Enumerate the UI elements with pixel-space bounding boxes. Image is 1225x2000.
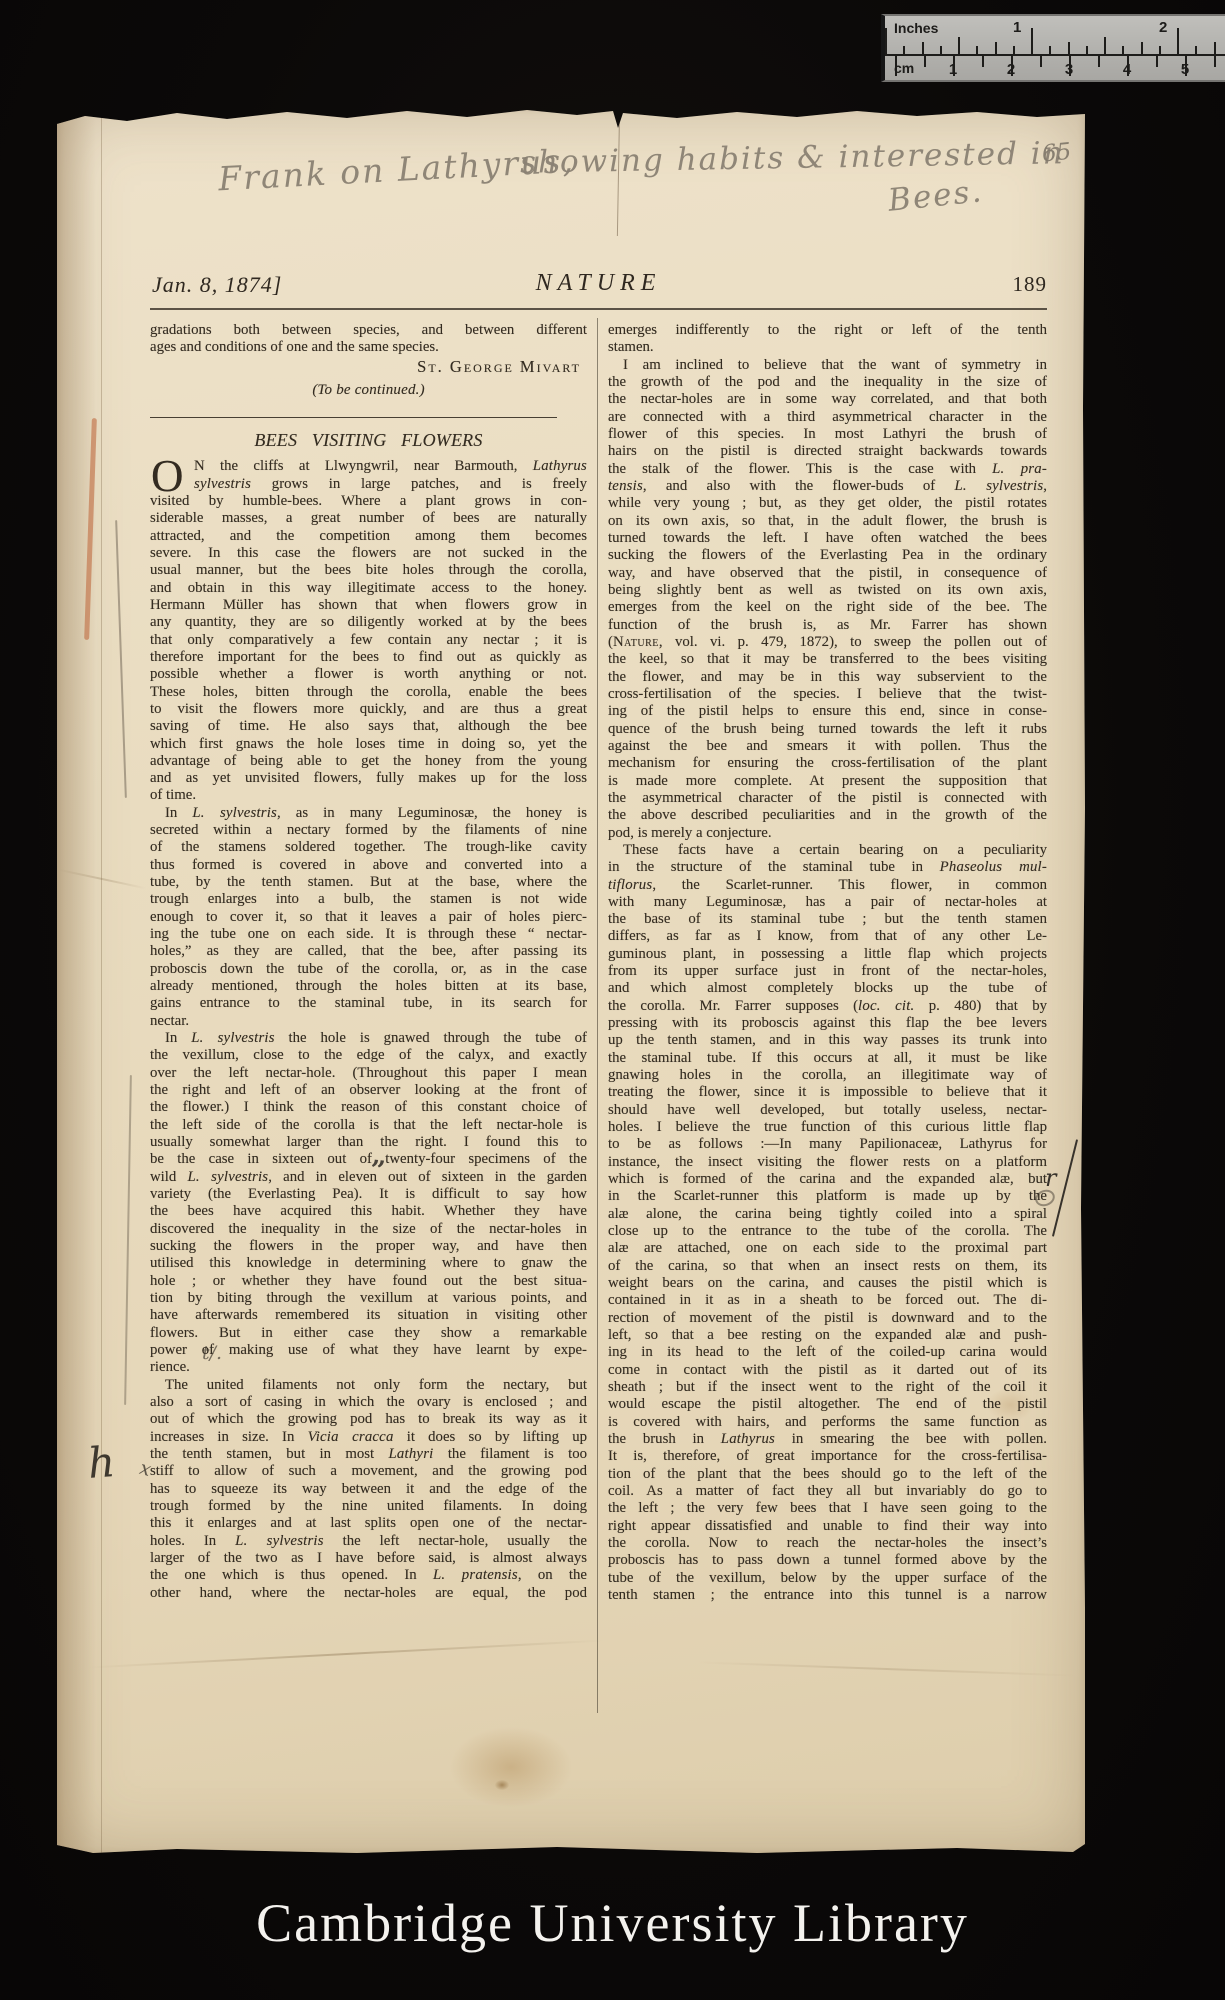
text-line: usual manner, but the bees bite holes th… [150, 562, 587, 579]
text-line: wild L. sylvestris, and in eleven out of… [150, 1169, 587, 1186]
text-line: proboscis down the tube of the corolla, … [150, 961, 587, 978]
text-line: out of which the growing pod has to brea… [150, 1411, 587, 1428]
article-separator-rule [150, 417, 557, 419]
text-line: the brush in Lathyrus in smearing the be… [608, 1431, 1047, 1448]
inch-tick [995, 42, 997, 54]
text-line: sheath ; but if the insect went to the r… [608, 1379, 1047, 1396]
text-line: trough enlarges into a bulb, the stamen … [150, 891, 587, 908]
text-line: I am inclined to believe that the want o… [608, 357, 1047, 374]
text-line: therefore important for the bees to find… [150, 649, 587, 666]
text-line: the nectar-holes are in some way correla… [608, 391, 1047, 408]
inch-tick [1214, 42, 1216, 54]
text-line: gradations both between species, and bet… [150, 322, 587, 339]
text-line: being slightly bent as well as twisted o… [608, 582, 1047, 599]
text-line: In L. sylvestris, as in many Leguminosæ,… [150, 805, 587, 822]
paragraph: In L. sylvestris the hole is gnawed thro… [150, 1030, 587, 1377]
text-line: holes. I believe the true function of th… [608, 1119, 1047, 1136]
text-line: guminous plant, in possessing a little f… [608, 946, 1047, 963]
text-line: on its own axis, so that, in the adult f… [608, 513, 1047, 530]
ruler-divider-line [885, 54, 1225, 56]
inch-tick [976, 46, 978, 54]
text-line: with many Leguminosæ, has a pair of nect… [608, 894, 1047, 911]
scanned-page: Frank on Lathyrus, showing habits & inte… [57, 108, 1085, 1854]
text-line: pressing with its proboscis against this… [608, 1015, 1047, 1032]
column-divider [597, 318, 598, 1713]
inch-tick [1177, 28, 1179, 54]
text-line: power of making use of what they have le… [150, 1342, 587, 1359]
text-line: alæ alone, the carina being tightly coil… [608, 1206, 1047, 1223]
text-line: that only comparatively a few contain an… [150, 632, 587, 649]
text-line: the flower.) I think the reason of this … [150, 1099, 587, 1116]
text-line: rection of movement of the pistil is dow… [608, 1310, 1047, 1327]
inch-number: 2 [1159, 19, 1167, 36]
text-line: tiflorus, the Scarlet-runner. This flowe… [608, 877, 1047, 894]
paragraph: emerges indifferently to the right or le… [608, 322, 1047, 357]
running-head: Jan. 8, 1874] NATURE 189 [150, 268, 1047, 302]
text-line: right appear dissatisfied and unable to … [608, 1518, 1047, 1535]
inch-tick [1031, 28, 1033, 54]
inch-tick [1141, 42, 1143, 54]
inch-tick [1159, 46, 1161, 54]
paragraph: I am inclined to believe that the want o… [608, 357, 1047, 842]
text-line: tensis, and also with the flower-buds of… [608, 478, 1047, 495]
text-line: In L. sylvestris the hole is gnawed thro… [150, 1030, 587, 1047]
text-line: secreted within a nectary formed by the … [150, 822, 587, 839]
paper-crease [697, 1661, 1077, 1676]
text-line: tube, by the tenth stamen. But at the ba… [150, 874, 587, 891]
text-line: holes. In L. sylvestris the left nectar-… [150, 1533, 587, 1550]
text-line: coil. As a matter of fact they all but i… [608, 1483, 1047, 1500]
text-line: in the Scarlet-runner this platform is m… [608, 1188, 1047, 1205]
text-line: the keel, so that it may be transferred … [608, 651, 1047, 668]
text-line: discovered the inequality in the size of… [150, 1221, 587, 1238]
text-line: is covered with hairs, and performs the … [608, 1414, 1047, 1431]
text-line: ing the tube one on each side. It is thr… [150, 926, 587, 943]
margin-letter-annotation: h [86, 1437, 116, 1488]
text-line: sucking the flowers of the Everlasting P… [608, 547, 1047, 564]
text-line: It is, therefore, of great importance fo… [608, 1448, 1047, 1465]
text-line: the tenth stamen, but in most Lathyri th… [150, 1446, 587, 1463]
text-line: would escape the pistil altogether. The … [608, 1396, 1047, 1413]
text-line: sylvestris grows in large patches, and i… [150, 476, 587, 493]
text-line: up the tenth stamen, and in this way pas… [608, 1032, 1047, 1049]
text-line: variety (the Everlasting Pea). It is dif… [150, 1186, 587, 1203]
ruler-cm-label: cm [894, 60, 914, 76]
text-line: attracted, and the competition among the… [150, 528, 587, 545]
text-line: cross-fertilisation of the species. I be… [608, 686, 1047, 703]
text-line: The united filaments not only form the n… [150, 1377, 587, 1394]
text-line: left, so that a bee resting on the expan… [608, 1327, 1047, 1344]
text-line: emerges indifferently to the right or le… [608, 322, 1047, 339]
cm-number: 2 [1007, 61, 1015, 78]
text-line: are connected with a third asymmetrical … [608, 409, 1047, 426]
pencil-margin-line [124, 1075, 132, 1405]
text-line: the left side of the corolla is that the… [150, 1117, 587, 1134]
text-line: the bees have acquired this habit. Wheth… [150, 1203, 587, 1220]
inch-tick [903, 46, 905, 54]
ruler-inches-label: Inches [894, 20, 938, 36]
drop-cap: O [151, 458, 184, 495]
cm-number: 1 [949, 61, 957, 78]
journal-title: NATURE [150, 270, 1047, 297]
text-line: siderable masses, a great number of bees… [150, 510, 587, 527]
text-line: and as yet unvisited flowers, fully make… [150, 770, 587, 787]
text-line: tion by biting through the vexillum at v… [150, 1290, 587, 1307]
text-line: (Nature, vol. vi. p. 479, 1872), to swee… [608, 634, 1047, 651]
text-line: the left ; the very few bees that I have… [608, 1500, 1047, 1517]
text-line: N the cliffs at Llwyngwril, near Barmout… [150, 458, 587, 475]
inch-tick [1086, 46, 1088, 54]
text-line: ages and conditions of one and the same … [150, 339, 587, 356]
text-column-right: emerges indifferently to the right or le… [608, 322, 1047, 1604]
text-line: instance, the insect visiting the flower… [608, 1154, 1047, 1171]
text-line: thus formed is covered in above and conv… [150, 857, 587, 874]
scan-background: { "scan": { "library_watermark": "Cambri… [0, 0, 1225, 2000]
text-line: emerges from the keel on the right side … [608, 599, 1047, 616]
text-line: be the case in sixteen out of twenty-fou… [150, 1151, 587, 1168]
text-line: These facts have a certain bearing on a … [608, 842, 1047, 859]
inch-tick [922, 42, 924, 54]
text-line: enough to cover it, so that it leaves a … [150, 909, 587, 926]
text-line: severe. In this case the flowers are not… [150, 545, 587, 562]
handwritten-note: Bees. [886, 173, 984, 219]
cm-tick [924, 56, 926, 67]
inch-tick [1195, 46, 1197, 54]
text-line: which is formed of the carina and the ex… [608, 1171, 1047, 1188]
cm-tick [982, 56, 984, 67]
text-line: mechanism for ensuring the cross-fertili… [608, 755, 1047, 772]
continued-note: (To be continued.) [150, 382, 587, 400]
text-line: the base of its staminal tube ; but the … [608, 911, 1047, 928]
text-line: weight bears on the carina, and causes t… [608, 1275, 1047, 1292]
text-line: any quantity, they are so diligently wor… [150, 614, 587, 631]
text-line: larger of the two as I have before said,… [150, 1550, 587, 1567]
text-line: the vexillum, close to the edge of the c… [150, 1047, 587, 1064]
text-line: is made more complete. At present the su… [608, 773, 1047, 790]
text-line: the one which is thus opened. In L. prat… [150, 1567, 587, 1584]
text-line: pod, is merely a conjecture. [608, 825, 1047, 842]
cm-tick [1156, 56, 1158, 67]
text-line: the flower, and may be in this way subse… [608, 669, 1047, 686]
text-line: and which almost completely blocks up th… [608, 980, 1047, 997]
text-line: the asymmetrical character of the pistil… [608, 790, 1047, 807]
text-line: These holes, bitten through the corolla,… [150, 684, 587, 701]
header-rule [150, 308, 1047, 310]
paragraph: ON the cliffs at Llwyngwril, near Barmou… [150, 458, 587, 805]
text-line: of time. [150, 787, 587, 804]
inch-tick [1104, 37, 1106, 54]
paper-left-fold-shading [57, 108, 103, 1854]
text-line: visited by humble-bees. Where a plant gr… [150, 493, 587, 510]
page-number: 189 [1013, 272, 1048, 297]
cm-tick [1214, 56, 1216, 67]
inch-tick [885, 28, 887, 54]
text-line: quence of the brush being turned towards… [608, 721, 1047, 738]
paragraph: In L. sylvestris, as in many Leguminosæ,… [150, 805, 587, 1030]
paper-fold-line [101, 108, 102, 1854]
cm-number: 3 [1065, 61, 1073, 78]
text-line: hairs on the pistil is directed straight… [608, 443, 1047, 460]
text-line: treating the flower, since it is impossi… [608, 1084, 1047, 1101]
article-title: BEES VISITING FLOWERS [150, 432, 587, 454]
text-line: from its upper surface just in front of … [608, 963, 1047, 980]
text-line: alæ are attached, one on each side to th… [608, 1240, 1047, 1257]
inch-number: 1 [1013, 19, 1021, 36]
measurement-ruler: Inches 12 12345 cm [881, 14, 1225, 82]
inch-tick [940, 46, 942, 54]
text-line: proboscis has to pass down a tunnel form… [608, 1552, 1047, 1569]
inch-tick [1068, 42, 1070, 54]
inch-tick [1122, 46, 1124, 54]
inch-tick [1049, 46, 1051, 54]
paper-stain [495, 1780, 509, 1790]
paragraph: The united filaments not only form the n… [150, 1377, 587, 1602]
text-line: come in contact with the pistil as it da… [608, 1362, 1047, 1379]
text-line: flowers. But in either case they show a … [150, 1325, 587, 1342]
text-line: rience. [150, 1359, 587, 1376]
cm-tick [1098, 56, 1100, 67]
text-line: close up to the entrance to the tube of … [608, 1223, 1047, 1240]
text-line: stiff to allow of such a movement, and t… [150, 1463, 587, 1480]
text-line: holes,” as they are called, that the bee… [150, 943, 587, 960]
text-line: usually somewhat larger than the right. … [150, 1134, 587, 1151]
text-line: hole ; or whether they have found out th… [150, 1273, 587, 1290]
text-line: Hermann Müller has shown that when flowe… [150, 597, 587, 614]
text-line: the stalk of the flower. This is the cas… [608, 461, 1047, 478]
text-line: to visit the flowers more quickly, and a… [150, 701, 587, 718]
text-line: tion of the plant that the bees should g… [608, 1466, 1047, 1483]
text-line: while very young ; but, as they get olde… [608, 495, 1047, 512]
text-line: already mentioned, through the holes bit… [150, 978, 587, 995]
text-line: flower of this species. In most Lathyri … [608, 426, 1047, 443]
text-line: the corolla. Now to reach the nectar-hol… [608, 1535, 1047, 1552]
text-line: has to squeeze its way between it and th… [150, 1481, 587, 1498]
text-line: ing in its head to the left of the coile… [608, 1344, 1047, 1361]
text-line: other hand, where the nectar-holes are e… [150, 1585, 587, 1602]
text-line: the corolla. Mr. Farrer supposes (loc. c… [608, 998, 1047, 1015]
cm-tick [1040, 56, 1042, 67]
paper-crease [87, 1639, 606, 1668]
text-line: possible whether a flower is worth anyth… [150, 666, 587, 683]
cm-number: 5 [1181, 61, 1189, 78]
text-line: over the left nectar-hole. (Throughout t… [150, 1065, 587, 1082]
text-line: of the carina, so that when an insect re… [608, 1258, 1047, 1275]
text-line: nectar. [150, 1013, 587, 1030]
text-line: have afterwards remembered its situation… [150, 1307, 587, 1324]
folio-number-annotation: 65 [1041, 139, 1073, 168]
text-line: increases in size. In Vicia cracca it do… [150, 1429, 587, 1446]
text-line: against the bee and smears it with polle… [608, 738, 1047, 755]
library-watermark: Cambridge University Library [0, 1892, 1225, 1954]
text-line: contained in it as in a sheath to be for… [608, 1292, 1047, 1309]
cm-number: 4 [1123, 61, 1131, 78]
text-line: the right and left of an observer lookin… [150, 1082, 587, 1099]
pencil-margin-line [115, 520, 127, 798]
text-line: also a sort of casing in which the ovary… [150, 1394, 587, 1411]
inch-tick [1013, 46, 1015, 54]
text-line: trough formed by the nine united filamen… [150, 1498, 587, 1515]
handwritten-note: showing habits & interested in [520, 135, 1065, 181]
text-line: gains entrance to the staminal tube, in … [150, 995, 587, 1012]
text-line: utilised this knowledge in determining w… [150, 1255, 587, 1272]
text-line: which first gnaws the hole loses time in… [150, 736, 587, 753]
text-line: sucking the flowers in the proper way, a… [150, 1238, 587, 1255]
text-line: turned towards the left. I have often wa… [608, 530, 1047, 547]
text-line: tube of the vexillum, below by the upper… [608, 1570, 1047, 1587]
text-line: ing of the pistil helps to ensure this e… [608, 703, 1047, 720]
text-line: in the structure of the staminal tube in… [608, 859, 1047, 876]
text-line: tenth stamen ; the entrance into this tu… [608, 1587, 1047, 1604]
text-line: function of the brush is, as Mr. Farrer … [608, 617, 1047, 634]
text-line: the above described peculiarities and in… [608, 807, 1047, 824]
text-line: advantage of being able to get the honey… [150, 753, 587, 770]
text-line: the growth of the pod and the inequality… [608, 374, 1047, 391]
text-column-left: gradations both between species, and bet… [150, 322, 587, 1602]
text-line: this it enlarges and at last splits open… [150, 1515, 587, 1532]
inch-tick [958, 37, 960, 54]
byline: St. George Mivart [150, 357, 587, 376]
text-line: way, and have observed that the pistil, … [608, 565, 1047, 582]
text-line: the staminal tube. If this occurs at all… [608, 1050, 1047, 1067]
text-line: and obtain in this way illegitimate acce… [150, 580, 587, 597]
text-line: differs, as far as I know, from that of … [608, 928, 1047, 945]
paragraph: gradations both between species, and bet… [150, 322, 587, 357]
text-line: gnawing holes in the corolla, an illegit… [608, 1067, 1047, 1084]
text-line: stamen. [608, 339, 1047, 356]
paper-stain [449, 1726, 573, 1808]
text-line: saving of time. He also says that, altho… [150, 718, 587, 735]
text-line: of the stamens soldered together. The tr… [150, 839, 587, 856]
text-line: should have well developed, but totally … [608, 1102, 1047, 1119]
text-line: to be as follows :—In many Papilionaceæ,… [608, 1136, 1047, 1153]
paragraph: These facts have a certain bearing on a … [608, 842, 1047, 1604]
